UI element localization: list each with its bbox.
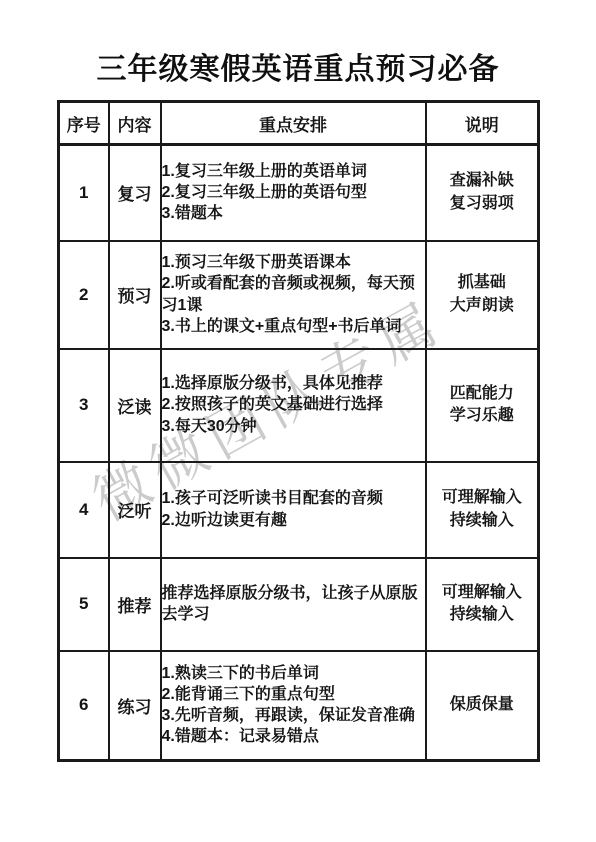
table-row: 4 泛听 1.孩子可泛听读书目配套的音频 2.边听边读更有趣 可理解输入 持续输…	[59, 462, 539, 558]
row-note: 查漏补缺 复习弱项	[426, 145, 539, 241]
row-number: 1	[59, 145, 109, 241]
row-number: 6	[59, 651, 109, 761]
row-note: 可理解输入 持续输入	[426, 462, 539, 558]
row-content: 复习	[109, 145, 161, 241]
row-arrangement: 1.选择原版分级书，具体见推荐 2.按照孩子的英文基础进行选择 3.每天30分钟	[161, 349, 426, 462]
row-arrangement: 1.预习三年级下册英语课本 2.听或看配套的音频或视频，每天预习1课 3.书上的…	[161, 241, 426, 349]
row-note: 抓基础 大声朗读	[426, 241, 539, 349]
table-row: 2 预习 1.预习三年级下册英语课本 2.听或看配套的音频或视频，每天预习1课 …	[59, 241, 539, 349]
table-row: 5 推荐 推荐选择原版分级书，让孩子从原版去学习 可理解输入 持续输入	[59, 558, 539, 651]
table-row: 6 练习 1.熟读三下的书后单词 2.能背诵三下的重点句型 3.先听音频，再跟读…	[59, 651, 539, 761]
row-content: 预习	[109, 241, 161, 349]
row-content: 练习	[109, 651, 161, 761]
header-row: 序号 内容 重点安排 说明	[59, 102, 539, 145]
row-content: 泛听	[109, 462, 161, 558]
study-plan-table: 序号 内容 重点安排 说明 1 复习 1.复习三年级上册的英语单词 2.复习三年…	[57, 100, 540, 762]
header-content: 内容	[109, 102, 161, 145]
header-note: 说明	[426, 102, 539, 145]
row-number: 4	[59, 462, 109, 558]
table-row: 1 复习 1.复习三年级上册的英语单词 2.复习三年级上册的英语句型 3.错题本…	[59, 145, 539, 241]
row-number: 3	[59, 349, 109, 462]
row-number: 2	[59, 241, 109, 349]
page-title: 三年级寒假英语重点预习必备	[0, 44, 596, 88]
row-content: 推荐	[109, 558, 161, 651]
row-arrangement: 推荐选择原版分级书，让孩子从原版去学习	[161, 558, 426, 651]
header-no: 序号	[59, 102, 109, 145]
row-arrangement: 1.熟读三下的书后单词 2.能背诵三下的重点句型 3.先听音频，再跟读，保证发音…	[161, 651, 426, 761]
row-note: 匹配能力 学习乐趣	[426, 349, 539, 462]
header-arrangement: 重点安排	[161, 102, 426, 145]
table-row: 3 泛读 1.选择原版分级书，具体见推荐 2.按照孩子的英文基础进行选择 3.每…	[59, 349, 539, 462]
row-arrangement: 1.复习三年级上册的英语单词 2.复习三年级上册的英语句型 3.错题本	[161, 145, 426, 241]
row-note: 保质保量	[426, 651, 539, 761]
row-note: 可理解输入 持续输入	[426, 558, 539, 651]
row-number: 5	[59, 558, 109, 651]
row-content: 泛读	[109, 349, 161, 462]
row-arrangement: 1.孩子可泛听读书目配套的音频 2.边听边读更有趣	[161, 462, 426, 558]
